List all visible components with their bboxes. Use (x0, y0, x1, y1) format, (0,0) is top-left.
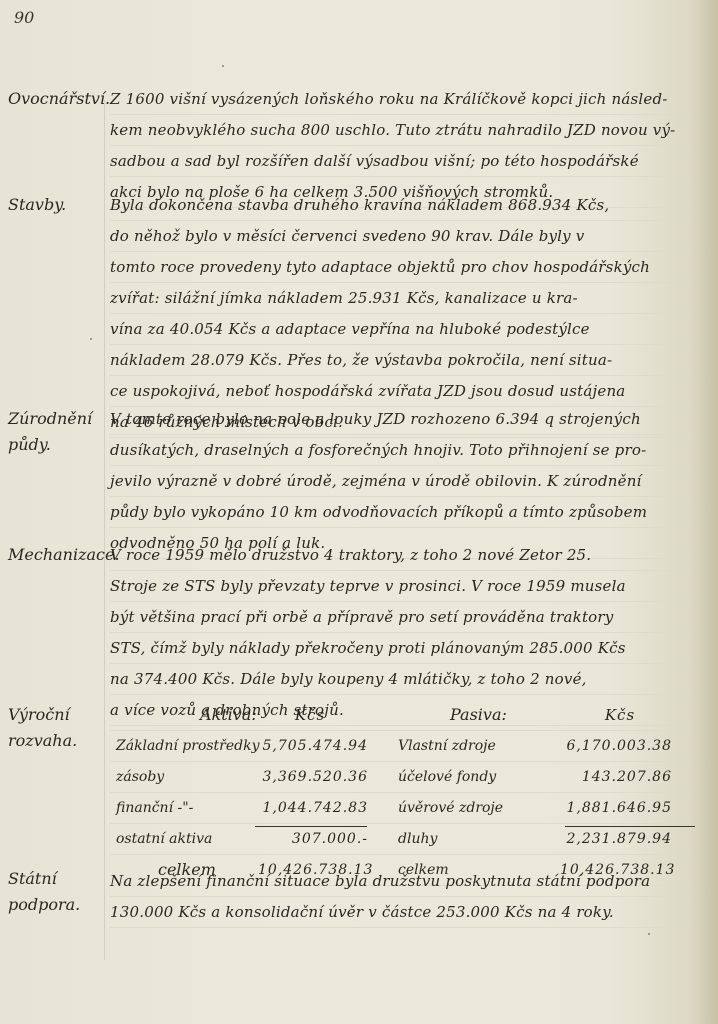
liabilities-currency-header: Kčs (590, 700, 650, 730)
text-line: zvířat: silážní jímka nákladem 25.931 Kč… (110, 283, 690, 314)
text-line: Na zlepšení finanční situace byla družst… (110, 866, 690, 897)
asset-value: 307.000.- (258, 824, 368, 854)
section-label: Výroční rozvaha. (8, 702, 104, 754)
asset-label: Základní prostředky (116, 731, 260, 761)
section-label: Mechanizace. (8, 542, 104, 568)
text-line: půdy bylo vykopáno 10 km odvodňovacích p… (110, 497, 690, 528)
asset-value: 3,369.520.36 (258, 762, 368, 792)
ink-dot (648, 933, 650, 935)
asset-value: 1,044.742.83 (258, 793, 368, 823)
ink-dot (222, 65, 224, 67)
section-label: Stavby. (8, 192, 104, 218)
liability-label: účelové fondy (398, 762, 496, 792)
text-line: V tomto roce bylo na pole a louky JZD ro… (110, 404, 690, 435)
assets-currency-header: Kčs (270, 700, 350, 730)
text-line: na 374.400 Kčs. Dále byly koupeny 4 mlát… (110, 664, 690, 695)
text-line: Byla dokončena stavba druhého kravína ná… (110, 190, 690, 221)
balance-sheet-table: Aktiva: Kčs Pasiva: Kčs Základní prostře… (110, 700, 690, 886)
section-label: Státní podpora. (8, 866, 104, 918)
table-row: finanční -"- 1,044.742.83 úvěrové zdroje… (110, 793, 690, 824)
asset-label: zásoby (116, 762, 164, 792)
assets-sum-underline (255, 826, 367, 827)
section-label: Ovocnářství. (8, 86, 104, 112)
text-line: sadbou a sad byl rozšířen další výsadbou… (110, 146, 690, 177)
liabilities-sum-underline (565, 826, 695, 827)
liability-value: 2,231.879.94 (560, 824, 672, 854)
liabilities-header: Pasiva: (450, 700, 507, 730)
section-body: V tomto roce bylo na pole a louky JZD ro… (110, 404, 690, 559)
liability-value: 143.207.86 (560, 762, 672, 792)
margin-rule (104, 100, 105, 960)
liability-value: 6,170.003.38 (560, 731, 672, 761)
page-number: 90 (14, 8, 34, 27)
section-label: Zúrodnění půdy. (8, 406, 104, 458)
liability-value: 1,881.646.95 (560, 793, 672, 823)
text-line: dusíkatých, draselných a fosforečných hn… (110, 435, 690, 466)
text-line: STS, čímž byly náklady překročeny proti … (110, 633, 690, 664)
assets-header: Aktiva: (200, 700, 257, 730)
text-line: V roce 1959 mělo družstvo 4 traktory, z … (110, 540, 690, 571)
text-line: Z 1600 višní vysázených loňského roku na… (110, 84, 690, 115)
liability-label: Vlastní zdroje (398, 731, 496, 761)
section-body: Byla dokončena stavba druhého kravína ná… (110, 190, 690, 438)
asset-value: 5,705.474.94 (258, 731, 368, 761)
text-line: být většina prací při orbě a přípravě pr… (110, 602, 690, 633)
liability-label: úvěrové zdroje (398, 793, 503, 823)
liability-label: dluhy (398, 824, 437, 854)
table-row: Základní prostředky 5,705.474.94 Vlastní… (110, 731, 690, 762)
text-line: Stroje ze STS byly převzaty teprve v pro… (110, 571, 690, 602)
text-line: jevilo výrazně v dobré úrodě, zejména v … (110, 466, 690, 497)
table-header: Aktiva: Kčs Pasiva: Kčs (110, 700, 690, 731)
text-line: do něhož bylo v měsíci červenci svedeno … (110, 221, 690, 252)
asset-label: ostatní aktiva (116, 824, 212, 854)
table-row: zásoby 3,369.520.36 účelové fondy 143.20… (110, 762, 690, 793)
ledger-page: 90 Ovocnářství. Z 1600 višní vysázených … (0, 0, 718, 1024)
text-line: kem neobvyklého sucha 800 uschlo. Tuto z… (110, 115, 690, 146)
text-line: nákladem 28.079 Kčs. Přes to, že výstavb… (110, 345, 690, 376)
text-line: tomto roce provedeny tyto adaptace objek… (110, 252, 690, 283)
asset-label: finanční -"- (116, 793, 193, 823)
section-body: Na zlepšení finanční situace byla družst… (110, 866, 690, 928)
table-row: ostatní aktiva 307.000.- dluhy 2,231.879… (110, 824, 690, 855)
text-line: ce uspokojivá, neboť hospodářská zvířata… (110, 376, 690, 407)
text-line: 130.000 Kčs a konsolidační úvěr v částce… (110, 897, 690, 928)
ink-dot (90, 338, 92, 340)
text-line: vína za 40.054 Kčs a adaptace vepřína na… (110, 314, 690, 345)
section-body: V roce 1959 mělo družstvo 4 traktory, z … (110, 540, 690, 726)
